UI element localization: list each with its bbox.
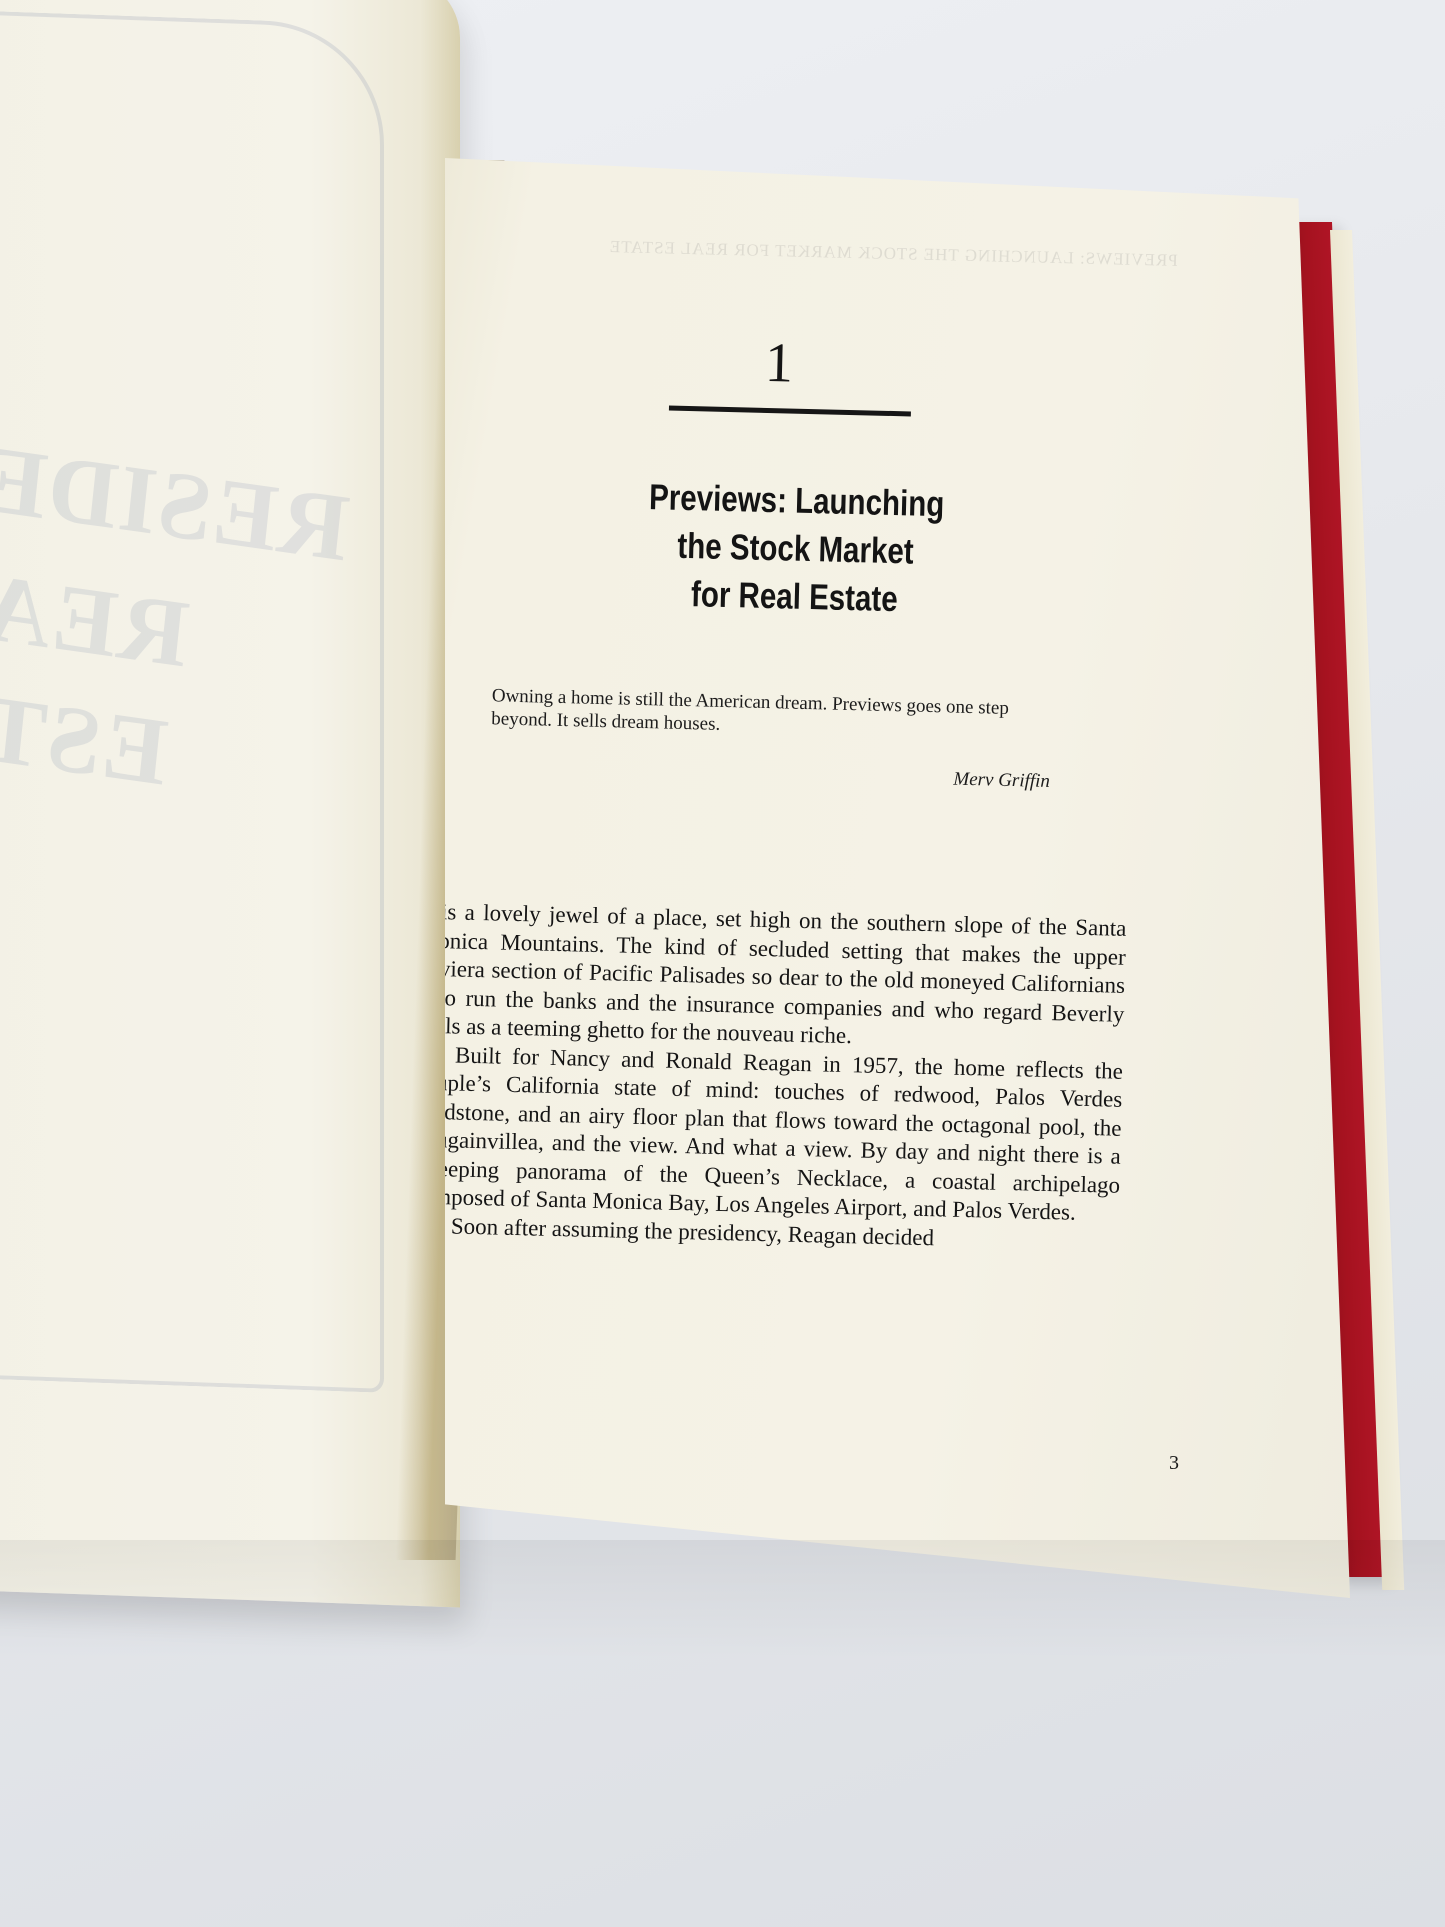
left-page: RESIDE REA EST [0,0,460,1607]
body-paragraph: Built for Nancy and Ronald Reagan in 195… [411,1040,1123,1228]
page-content: PREVIEWS: LAUNCHING THE STOCK MARKET FOR… [410,158,1350,1620]
chapter-title-line: Previews: Launching [624,472,969,528]
right-page: PREVIEWS: LAUNCHING THE STOCK MARKET FOR… [445,158,1350,1598]
running-header-show-through: PREVIEWS: LAUNCHING THE STOCK MARKET FOR… [498,234,1178,271]
body-text: It is a lovely jewel of a place, set hig… [411,898,1127,1257]
body-paragraph: It is a lovely jewel of a place, set hig… [415,898,1126,1058]
chapter-title-line: for Real Estate [622,568,967,624]
chapter-rule-divider [669,406,911,417]
page-number: 3 [1169,1452,1179,1475]
chapter-title-line: the Stock Market [623,520,968,576]
chapter-number: 1 [764,331,794,396]
epigraph-quote: Owning a home is still the American drea… [491,684,1052,744]
table-shadow [0,1540,1445,1660]
chapter-title: Previews: Launching the Stock Market for… [622,472,970,624]
epigraph-author: Merv Griffin [810,765,1050,793]
